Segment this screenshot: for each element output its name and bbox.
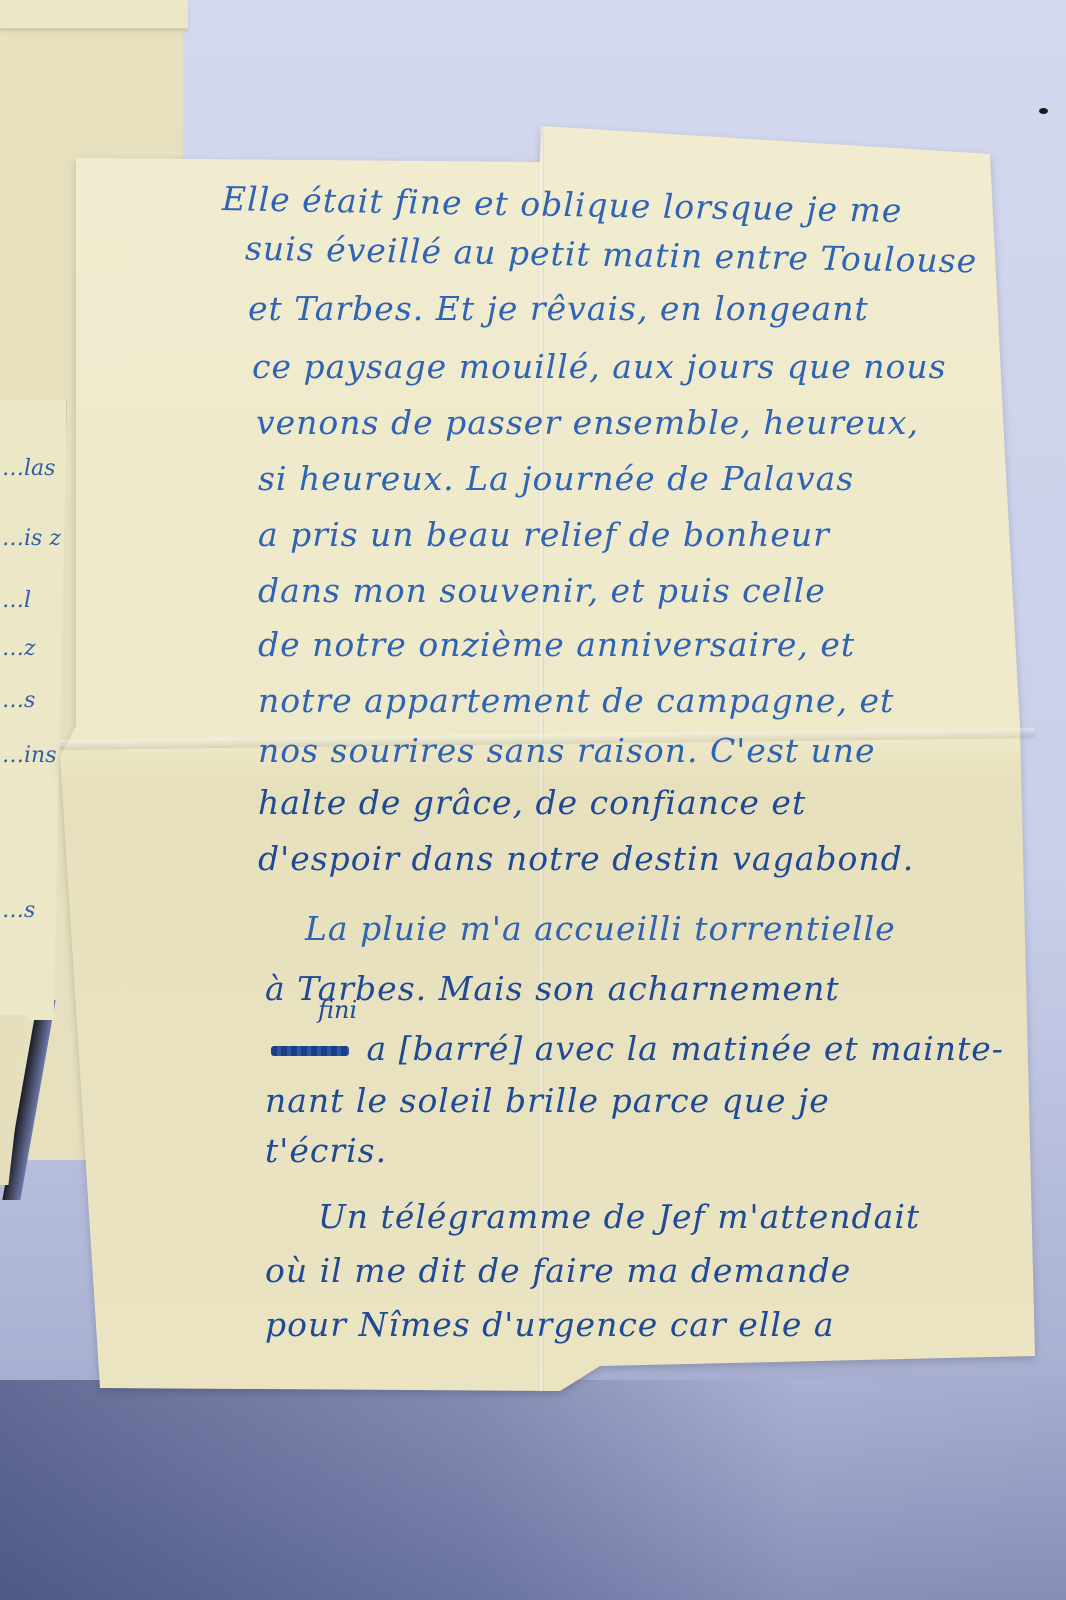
letter-line: a [barré] avec la matinée et mainte-	[367, 1029, 1004, 1068]
letter-line: pour Nîmes d'urgence car elle a	[265, 1308, 835, 1341]
letter-line: venons de passer ensemble, heureux,	[256, 406, 919, 439]
letter-line: Un télégramme de Jef m'attendait	[318, 1200, 920, 1233]
letter-line: notre appartement de campagne, et	[258, 684, 894, 717]
handwritten-letter: Elle était fine et oblique lorsque je me…	[60, 126, 1035, 1391]
left-sheet-fragment: …l	[2, 590, 31, 612]
letter-line: d'espoir dans notre destin vagabond.	[258, 842, 914, 875]
letter-line: de notre onzième anniversaire, et	[258, 628, 855, 661]
letter-line: t'écris.	[265, 1134, 387, 1167]
inserted-word-above: fini	[318, 998, 357, 1022]
letter-line: ce paysage mouillé, aux jours que nous	[252, 350, 947, 383]
left-sheet-fragment: …s	[2, 900, 35, 922]
crossed-out-word	[271, 1046, 349, 1056]
left-sheet-fragment: …ins	[2, 745, 57, 767]
dust-speck	[1039, 108, 1048, 114]
letter-line: nos sourires sans raison. C'est une	[258, 734, 876, 767]
letter-line: et Tarbes. Et je rêvais, en longeant	[248, 292, 869, 325]
letter-line: halte de grâce, de confiance et	[258, 786, 806, 819]
letter-line: où il me dit de faire ma demande	[265, 1254, 851, 1287]
left-sheet-fragment: …s	[2, 690, 35, 712]
left-sheet-fragment: …las	[2, 458, 55, 480]
letter-line: dans mon souvenir, et puis celle	[258, 574, 826, 607]
letter-line: si heureux. La journée de Palavas	[258, 462, 854, 495]
left-sheet-fragment: …z	[2, 638, 36, 660]
table-surface-shadow	[0, 1380, 1066, 1600]
left-sheet-fragment: …is z	[2, 528, 61, 550]
letter-line: nant le soleil brille parce que je	[265, 1084, 830, 1117]
letter-line: La pluie m'a accueilli torrentielle	[305, 912, 896, 945]
letter-line-with-strikeout: a [barré] avec la matinée et mainte-	[265, 1032, 1004, 1065]
background-sheet-top-edge	[0, 0, 188, 29]
letter-line: a pris un beau relief de bonheur	[258, 518, 830, 551]
